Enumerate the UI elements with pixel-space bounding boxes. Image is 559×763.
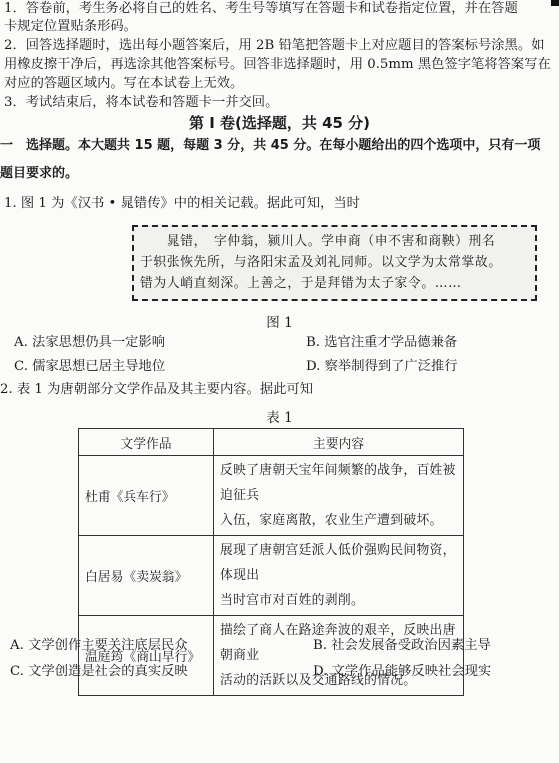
content-line: 入伍，家庭离散，农业生产遭到破坏。 — [220, 508, 457, 533]
figure-caption: 图 1 — [0, 311, 559, 331]
figure-quote-box: 晁错， 字仲翁，颍川人。学申商（申不害和商鞅）刑名 于轵张恢先所，与洛阳宋孟及刘… — [132, 225, 537, 301]
work-cell: 杜甫《兵车行》 — [79, 456, 214, 536]
option-b[interactable]: B. 选官注重才学品德兼备 — [306, 334, 457, 352]
header-content: 主要内容 — [214, 429, 464, 456]
content-line: 当时宫市对百姓的剥削。 — [220, 588, 457, 613]
option-a[interactable]: A. 法家思想仍具一定影响 — [14, 334, 165, 352]
instruction-line: 卡规定位置贴条形码。 — [4, 18, 137, 36]
instruction-line: 对应的答题区域内。写在本试卷上无效。 — [4, 75, 243, 93]
content-line: 反映了唐朝天宝年间频繁的战争，百姓被迫征兵 — [220, 458, 457, 508]
option-a[interactable]: A. 文学创作主要关注底层民众 — [10, 637, 188, 655]
option-c[interactable]: C. 儒家思想已居主导地位 — [14, 358, 165, 376]
content-cell: 展现了唐朝宫廷派人低价强购民间物资，体现出 当时宫市对百姓的剥削。 — [214, 536, 464, 616]
content-cell: 描绘了商人在路途奔波的艰辛，反映出唐朝商业 活动的活跃以及交通路线的情况。 — [214, 616, 464, 696]
work-cell: 温庭筠《商山早行》 — [79, 616, 214, 696]
instruction-line: 用橡皮擦干净后，再选涂其他答案标号。回答非选择题时，用 0.5mm 黑色签字笔将… — [4, 56, 551, 74]
content-cell: 反映了唐朝天宝年间频繁的战争，百姓被迫征兵 入伍，家庭离散，农业生产遭到破坏。 — [214, 456, 464, 536]
table-caption: 表 1 — [0, 406, 559, 426]
option-d[interactable]: D. 文学作品能够反映社会现实 — [313, 663, 491, 681]
instruction-line: 1．答卷前，考生务必将自己的姓名、考生号等填写在答题卡和试卷指定位置，并在答题 — [4, 0, 518, 18]
literature-table: 文学作品 主要内容 杜甫《兵车行》 反映了唐朝天宝年间频繁的战争，百姓被迫征兵 … — [78, 428, 464, 696]
table-row: 白居易《卖炭翁》 展现了唐朝宫廷派人低价强购民间物资，体现出 当时宫市对百姓的剥… — [79, 536, 464, 616]
question-stem: 1. 图 1 为《汉书 • 晁错传》中的相关记载。据此可知，当时 — [4, 195, 360, 213]
table-row: 杜甫《兵车行》 反映了唐朝天宝年间频繁的战争，百姓被迫征兵 入伍，家庭离散，农业… — [79, 456, 464, 536]
question-stem: 2. 表 1 为唐朝部分文学作品及其主要内容。据此可知 — [0, 381, 313, 399]
work-cell: 白居易《卖炭翁》 — [79, 536, 214, 616]
table-row: 温庭筠《商山早行》 描绘了商人在路途奔波的艰辛，反映出唐朝商业 活动的活跃以及交… — [79, 616, 464, 696]
instruction-line: 2．回答选择题时，选出每小题答案后，用 2B 铅笔把答题卡上对应题目的答案标号涂… — [4, 37, 544, 55]
option-d[interactable]: D. 察举制得到了广泛推行 — [306, 358, 458, 376]
quote-line: 晁错， 字仲翁，颍川人。学申商（申不害和商鞅）刑名 — [140, 231, 529, 252]
page-edge-mark — [551, 0, 559, 6]
option-b[interactable]: B. 社会发展备受政治因素主导 — [313, 637, 491, 655]
content-line: 展现了唐朝宫廷派人低价强购民间物资，体现出 — [220, 538, 457, 588]
quote-line: 于轵张恢先所，与洛阳宋孟及刘礼同师。以文学为太常掌故。 — [140, 252, 529, 273]
quote-line: 错为人峭直刻深。上善之，于是拜错为太子家令。…… — [140, 273, 529, 294]
section-title: 第 Ⅰ 卷(选择题，共 45 分) — [0, 112, 559, 133]
part-description-cont: 题目要求的。 — [0, 165, 78, 183]
part-description: 一 选择题。本大题共 15 题，每题 3 分，共 45 分。在每小题给出的四个选… — [0, 137, 540, 155]
instruction-line: 3．考试结束后，将本试卷和答题卡一并交回。 — [4, 94, 278, 112]
table-header-row: 文学作品 主要内容 — [79, 429, 464, 456]
option-c[interactable]: C. 文学创造是社会的真实反映 — [10, 663, 188, 681]
header-work: 文学作品 — [79, 429, 214, 456]
